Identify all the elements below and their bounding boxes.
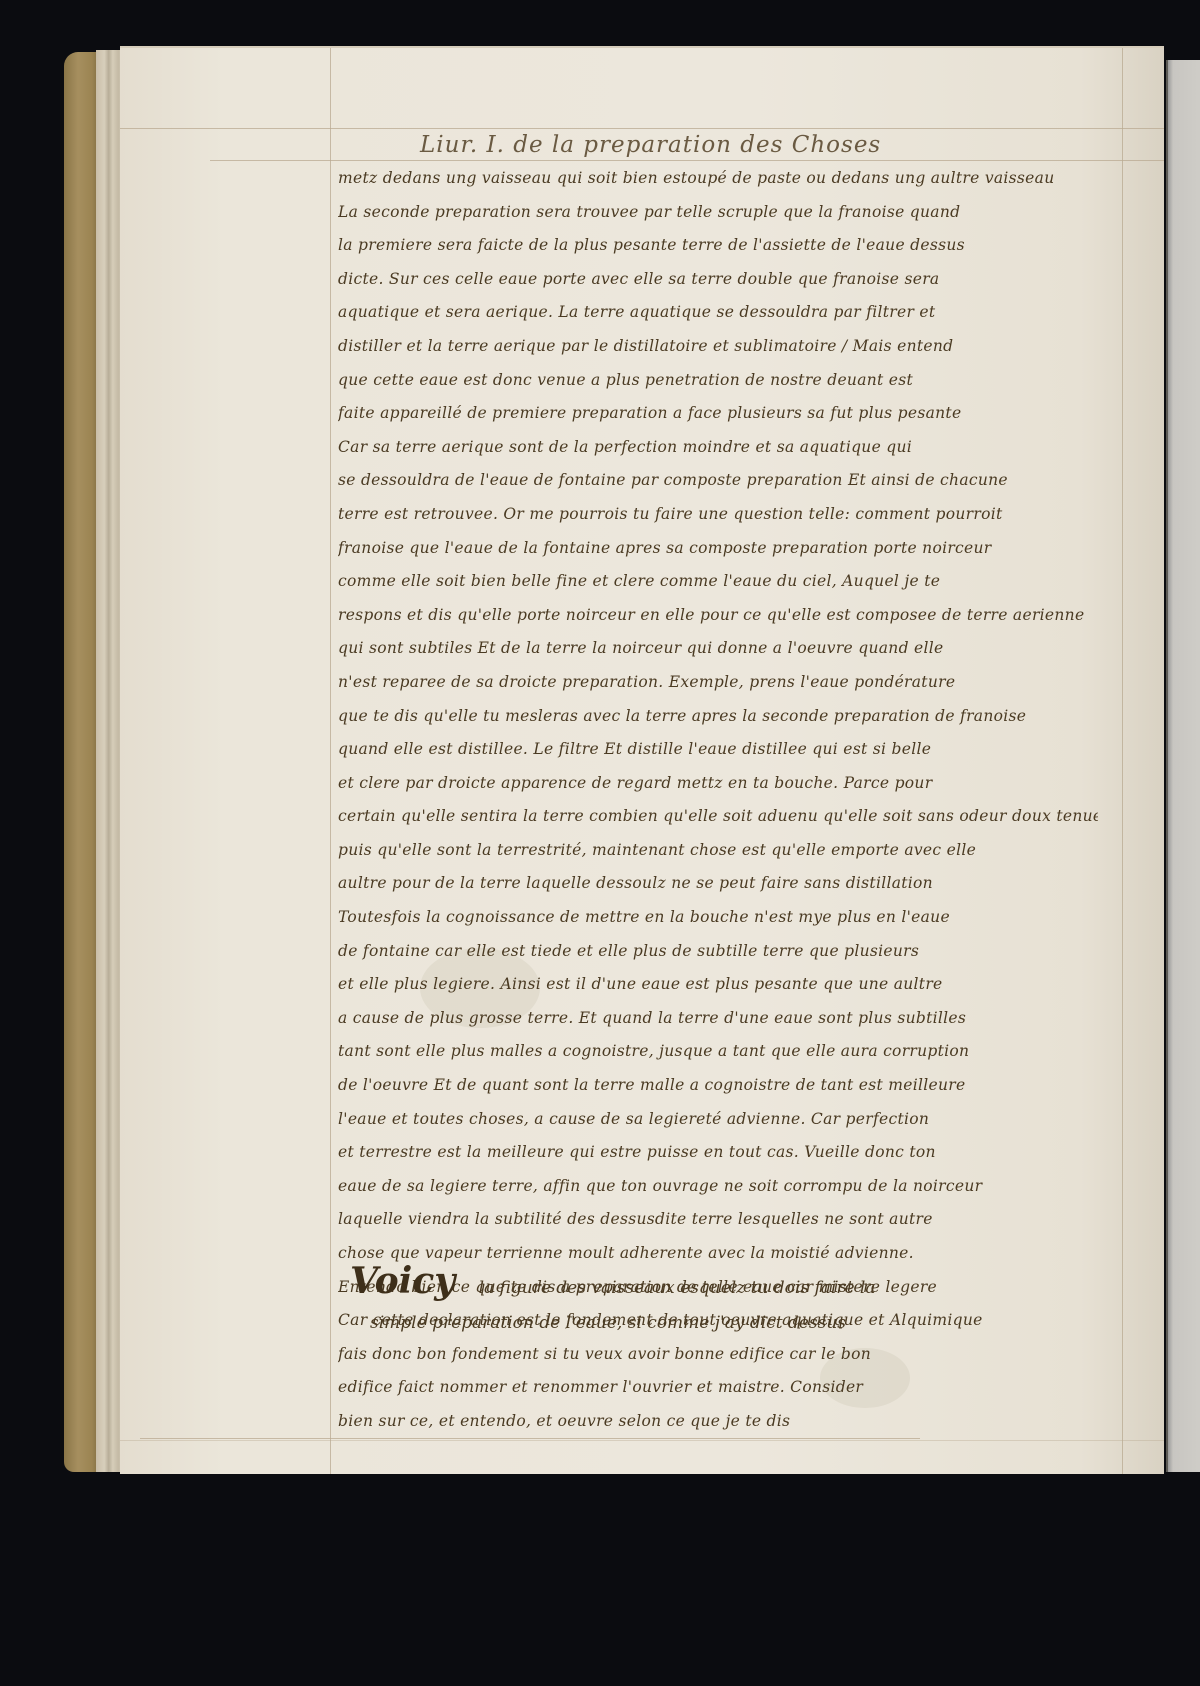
closing-text-1: la figure des vaisseaux esquelz tu dois … xyxy=(479,1278,876,1298)
manuscript-line: n'est reparee de sa droicte preparation.… xyxy=(338,666,1098,700)
manuscript-line: Car sa terre aerique sont de la perfecti… xyxy=(338,431,1098,465)
manuscript-line: et terrestre est la meilleure qui estre … xyxy=(338,1136,1098,1170)
manuscript-line: bien sur ce, et entendo, et oeuvre selon… xyxy=(338,1405,1098,1439)
manuscript-line: terre est retrouvee. Or me pourrois tu f… xyxy=(338,498,1098,532)
manuscript-line: respons et dis qu'elle porte noirceur en… xyxy=(338,599,1098,633)
manuscript-line: faite appareillé de premiere preparation… xyxy=(338,397,1098,431)
manuscript-line: la premiere sera faicte de la plus pesan… xyxy=(338,229,1098,263)
manuscript-line: aquatique et sera aerique. La terre aqua… xyxy=(338,296,1098,330)
manuscript-line: metz dedans ung vaisseau qui soit bien e… xyxy=(338,162,1098,196)
manuscript-line: que cette eaue est donc venue a plus pen… xyxy=(338,364,1098,398)
facing-page-edge xyxy=(1166,60,1200,1472)
bottom-rule xyxy=(120,1440,1164,1441)
decorated-initial: Voicy xyxy=(350,1260,455,1302)
manuscript-line: puis qu'elle sont la terrestrité, mainte… xyxy=(338,834,1098,868)
top-rule xyxy=(120,128,1164,129)
manuscript-line: a cause de plus grosse terre. Et quand l… xyxy=(338,1002,1098,1036)
manuscript-line: de l'oeuvre Et de quant sont la terre ma… xyxy=(338,1069,1098,1103)
manuscript-line: et clere par droicte apparence de regard… xyxy=(338,767,1098,801)
manuscript-line: eaue de sa legiere terre, affin que ton … xyxy=(338,1170,1098,1204)
header-rule xyxy=(210,160,1164,161)
left-margin-rule xyxy=(330,48,331,1474)
manuscript-line: laquelle viendra la subtilité des dessus… xyxy=(338,1203,1098,1237)
manuscript-line: comme elle soit bien belle fine et clere… xyxy=(338,565,1098,599)
manuscript-line: distiller et la terre aerique par le dis… xyxy=(338,330,1098,364)
manuscript-line: edifice faict nommer et renommer l'ouvri… xyxy=(338,1371,1098,1405)
right-margin-rule xyxy=(1122,48,1123,1474)
body-text: metz dedans ung vaisseau qui soit bien e… xyxy=(338,162,1098,1439)
closing-line-1: Voicy la figure des vaisseaux esquelz tu… xyxy=(350,1260,1110,1302)
closing-line-2: simple preparation de l'eaue, si comme j… xyxy=(350,1302,1110,1344)
manuscript-line: aultre pour de la terre laquelle dessoul… xyxy=(338,867,1098,901)
manuscript-line: quand elle est distillee. Le filtre Et d… xyxy=(338,733,1098,767)
manuscript-line: l'eaue et toutes choses, a cause de sa l… xyxy=(338,1103,1098,1137)
manuscript-line: La seconde preparation sera trouvee par … xyxy=(338,196,1098,230)
closing-text-2: simple preparation de l'eaue, si comme j… xyxy=(370,1313,846,1333)
manuscript-line: dicte. Sur ces celle eaue porte avec ell… xyxy=(338,263,1098,297)
manuscript-line: tant sont elle plus malles a cognoistre,… xyxy=(338,1035,1098,1069)
manuscript-line: franoise que l'eaue de la fontaine apres… xyxy=(338,532,1098,566)
manuscript-line: certain qu'elle sentira la terre combien… xyxy=(338,800,1098,834)
manuscript-line: se dessouldra de l'eaue de fontaine par … xyxy=(338,464,1098,498)
manuscript-line: et elle plus legiere. Ainsi est il d'une… xyxy=(338,968,1098,1002)
manuscript-line: Toutesfois la cognoissance de mettre en … xyxy=(338,901,1098,935)
manuscript-line: de fontaine car elle est tiede et elle p… xyxy=(338,935,1098,969)
running-header: Liur. I. de la preparation des Choses xyxy=(420,132,881,158)
manuscript-line: que te dis qu'elle tu mesleras avec la t… xyxy=(338,700,1098,734)
manuscript-line: qui sont subtiles Et de la terre la noir… xyxy=(338,632,1098,666)
closing-paragraph: Voicy la figure des vaisseaux esquelz tu… xyxy=(350,1260,1110,1344)
